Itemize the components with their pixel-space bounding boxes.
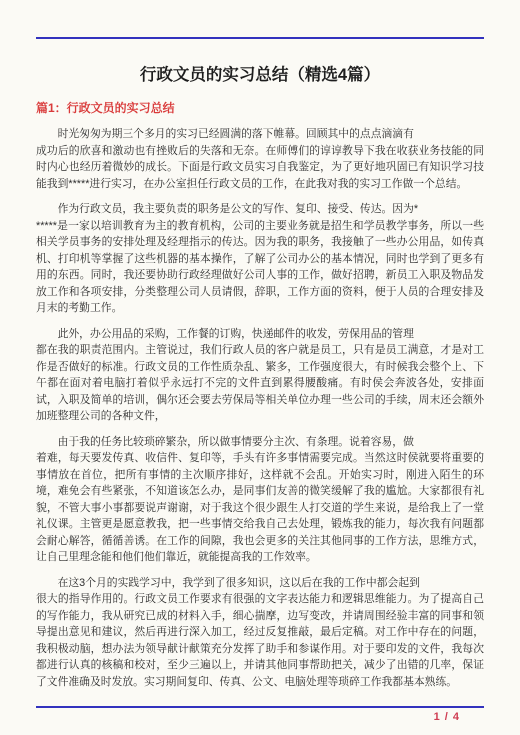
paragraph-5-body: 很大的指导作用的。行政文员工作要求有很强的文字表达能力和逻辑思维能力。为了提高自… (36, 593, 484, 688)
paragraph-1: 时光匆匆为期三个多月的实习已经圆满的落下帷幕。回顾其中的点点滴滴有成功后的欣喜和… (36, 126, 484, 192)
paragraph-5-first-line: 在这3个月的实践学习中，我学到了很多知识，这以后在我的工作中都会起到 (36, 575, 484, 592)
section-1-heading: 篇1：行政文员的实习总结 (36, 100, 484, 116)
paragraph-3-first-line: 此外，办公用品的采购，工作餐的订购，快递邮件的收发，劳保用品的管理 (36, 326, 484, 343)
paragraph-3-body: 都在我的职责范围内。主管说过，我们行政人员的客户就是员工，只有是员工满意，才是对… (36, 344, 484, 422)
paragraph-5: 在这3个月的实践学习中，我学到了很多知识，这以后在我的工作中都会起到很大的指导作… (36, 575, 484, 691)
page-number: 1 / 4 (36, 711, 484, 723)
paragraph-2-body: *****是一家以培训教育为主的教育机构，公司的主要业务就是招生和学员教学事务，… (36, 220, 484, 315)
paragraph-2: 作为行政文员，我主要负责的职务是公文的写作、复印、接受、传达。因为******是… (36, 201, 484, 317)
paragraph-4-first-line: 由于我的任务比较琐碎繁杂，所以做事情要分主次、有条理。说着容易，做 (36, 434, 484, 451)
page-footer: 1 / 4 (0, 706, 520, 723)
paragraph-1-first-line: 时光匆匆为期三个多月的实习已经圆满的落下帷幕。回顾其中的点点滴滴有 (36, 126, 484, 143)
document-page: 行政文员的实习总结（精选4篇） 篇1：行政文员的实习总结 时光匆匆为期三个多月的… (0, 0, 520, 735)
document-title: 行政文员的实习总结（精选4篇） (36, 64, 484, 86)
paragraph-1-body: 成功后的欣喜和激动也有挫败后的失落和无奈。在师傅们的谆谆教导下我在收获业务技能的… (36, 145, 484, 190)
bottom-divider (36, 706, 484, 708)
paragraph-3: 此外，办公用品的采购，工作餐的订购，快递邮件的收发，劳保用品的管理都在我的职责范… (36, 326, 484, 425)
paragraph-4: 由于我的任务比较琐碎繁杂，所以做事情要分主次、有条理。说着容易，做着难，每天要发… (36, 434, 484, 566)
paragraph-2-first-line: 作为行政文员，我主要负责的职务是公文的写作、复印、接受、传达。因为* (36, 201, 484, 218)
top-divider (36, 37, 484, 39)
paragraph-4-body: 着难，每天要发传真、收信件、复印等，手头有许多事情需要完成。当然这时侯就要将重要… (36, 452, 484, 563)
